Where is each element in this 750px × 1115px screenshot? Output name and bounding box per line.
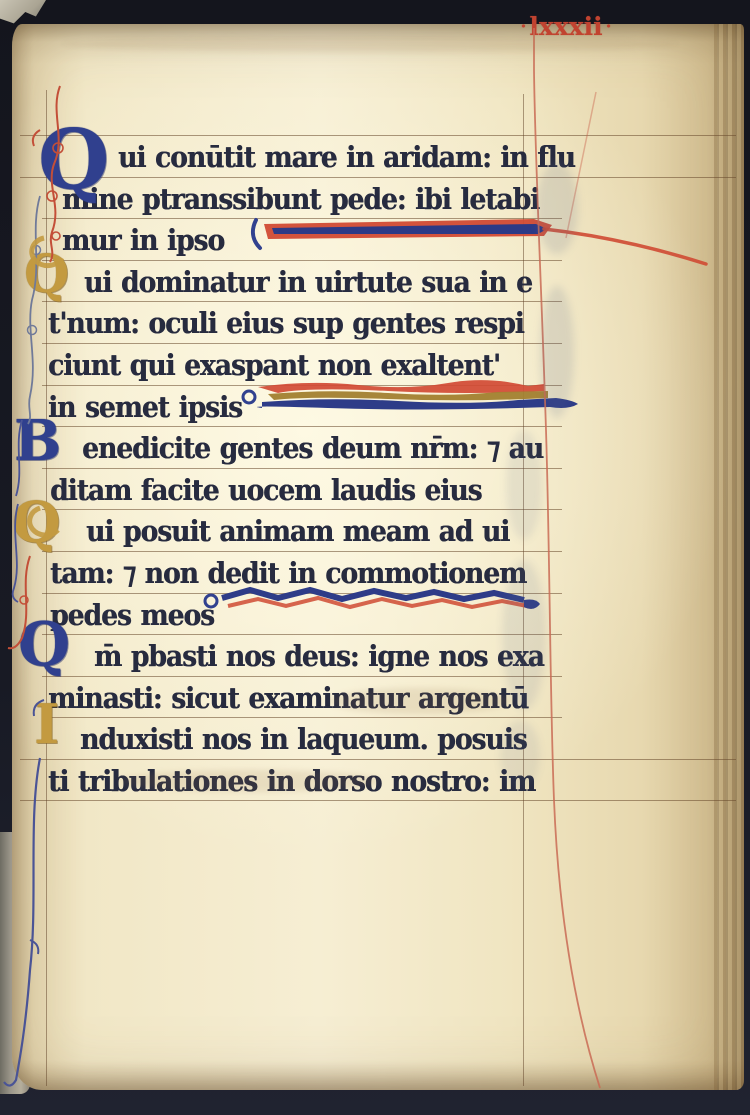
text-line: ciunt qui exaspant non exaltent' [48,343,539,385]
ink-offset-smudge [502,560,546,710]
parchment-stain [330,688,510,714]
text-line: ui conūtit mare in aridam: in flu [118,135,615,177]
parchment-stain [120,770,380,792]
initial-letter-b: B [14,416,61,466]
text-line: t'num: oculi eius sup gentes respi [48,301,565,343]
initial-letter-i: I [34,700,59,749]
parchment-stain [60,36,680,52]
initial-letter-q: Q [18,618,70,672]
ink-offset-smudge [540,286,574,418]
initial-letter-q: Q [12,498,61,548]
ruling-line-vertical [46,90,47,1086]
ink-offset-smudge [536,162,578,254]
text-line: mine ptranssibunt pede: ibi letabi [62,177,581,219]
paraph-mark-icon: · [603,17,615,37]
text-line: nduxisti nos in laqueum. posuis [80,717,565,759]
gutter-fold [714,24,744,1090]
ink-offset-smudge [500,720,540,790]
initial-letter-q: Q [24,252,69,299]
initial-letter-q: Q [38,124,109,198]
text-line: ui posuit animam meam ad ui [86,509,546,551]
text-line: ui dominatur in uirtute sua in e [84,260,571,302]
text-line: ditam facite uocem laudis eius [50,468,519,510]
ink-offset-smudge [506,430,542,540]
text-line: in semet ipsis [48,385,259,427]
text-line: mur in ipso [62,218,238,260]
text-line: tam: ⁊ non dedit in commotionem [50,551,568,593]
paraph-mark-icon: · [517,17,529,37]
text-line: pedes meos [50,593,228,635]
